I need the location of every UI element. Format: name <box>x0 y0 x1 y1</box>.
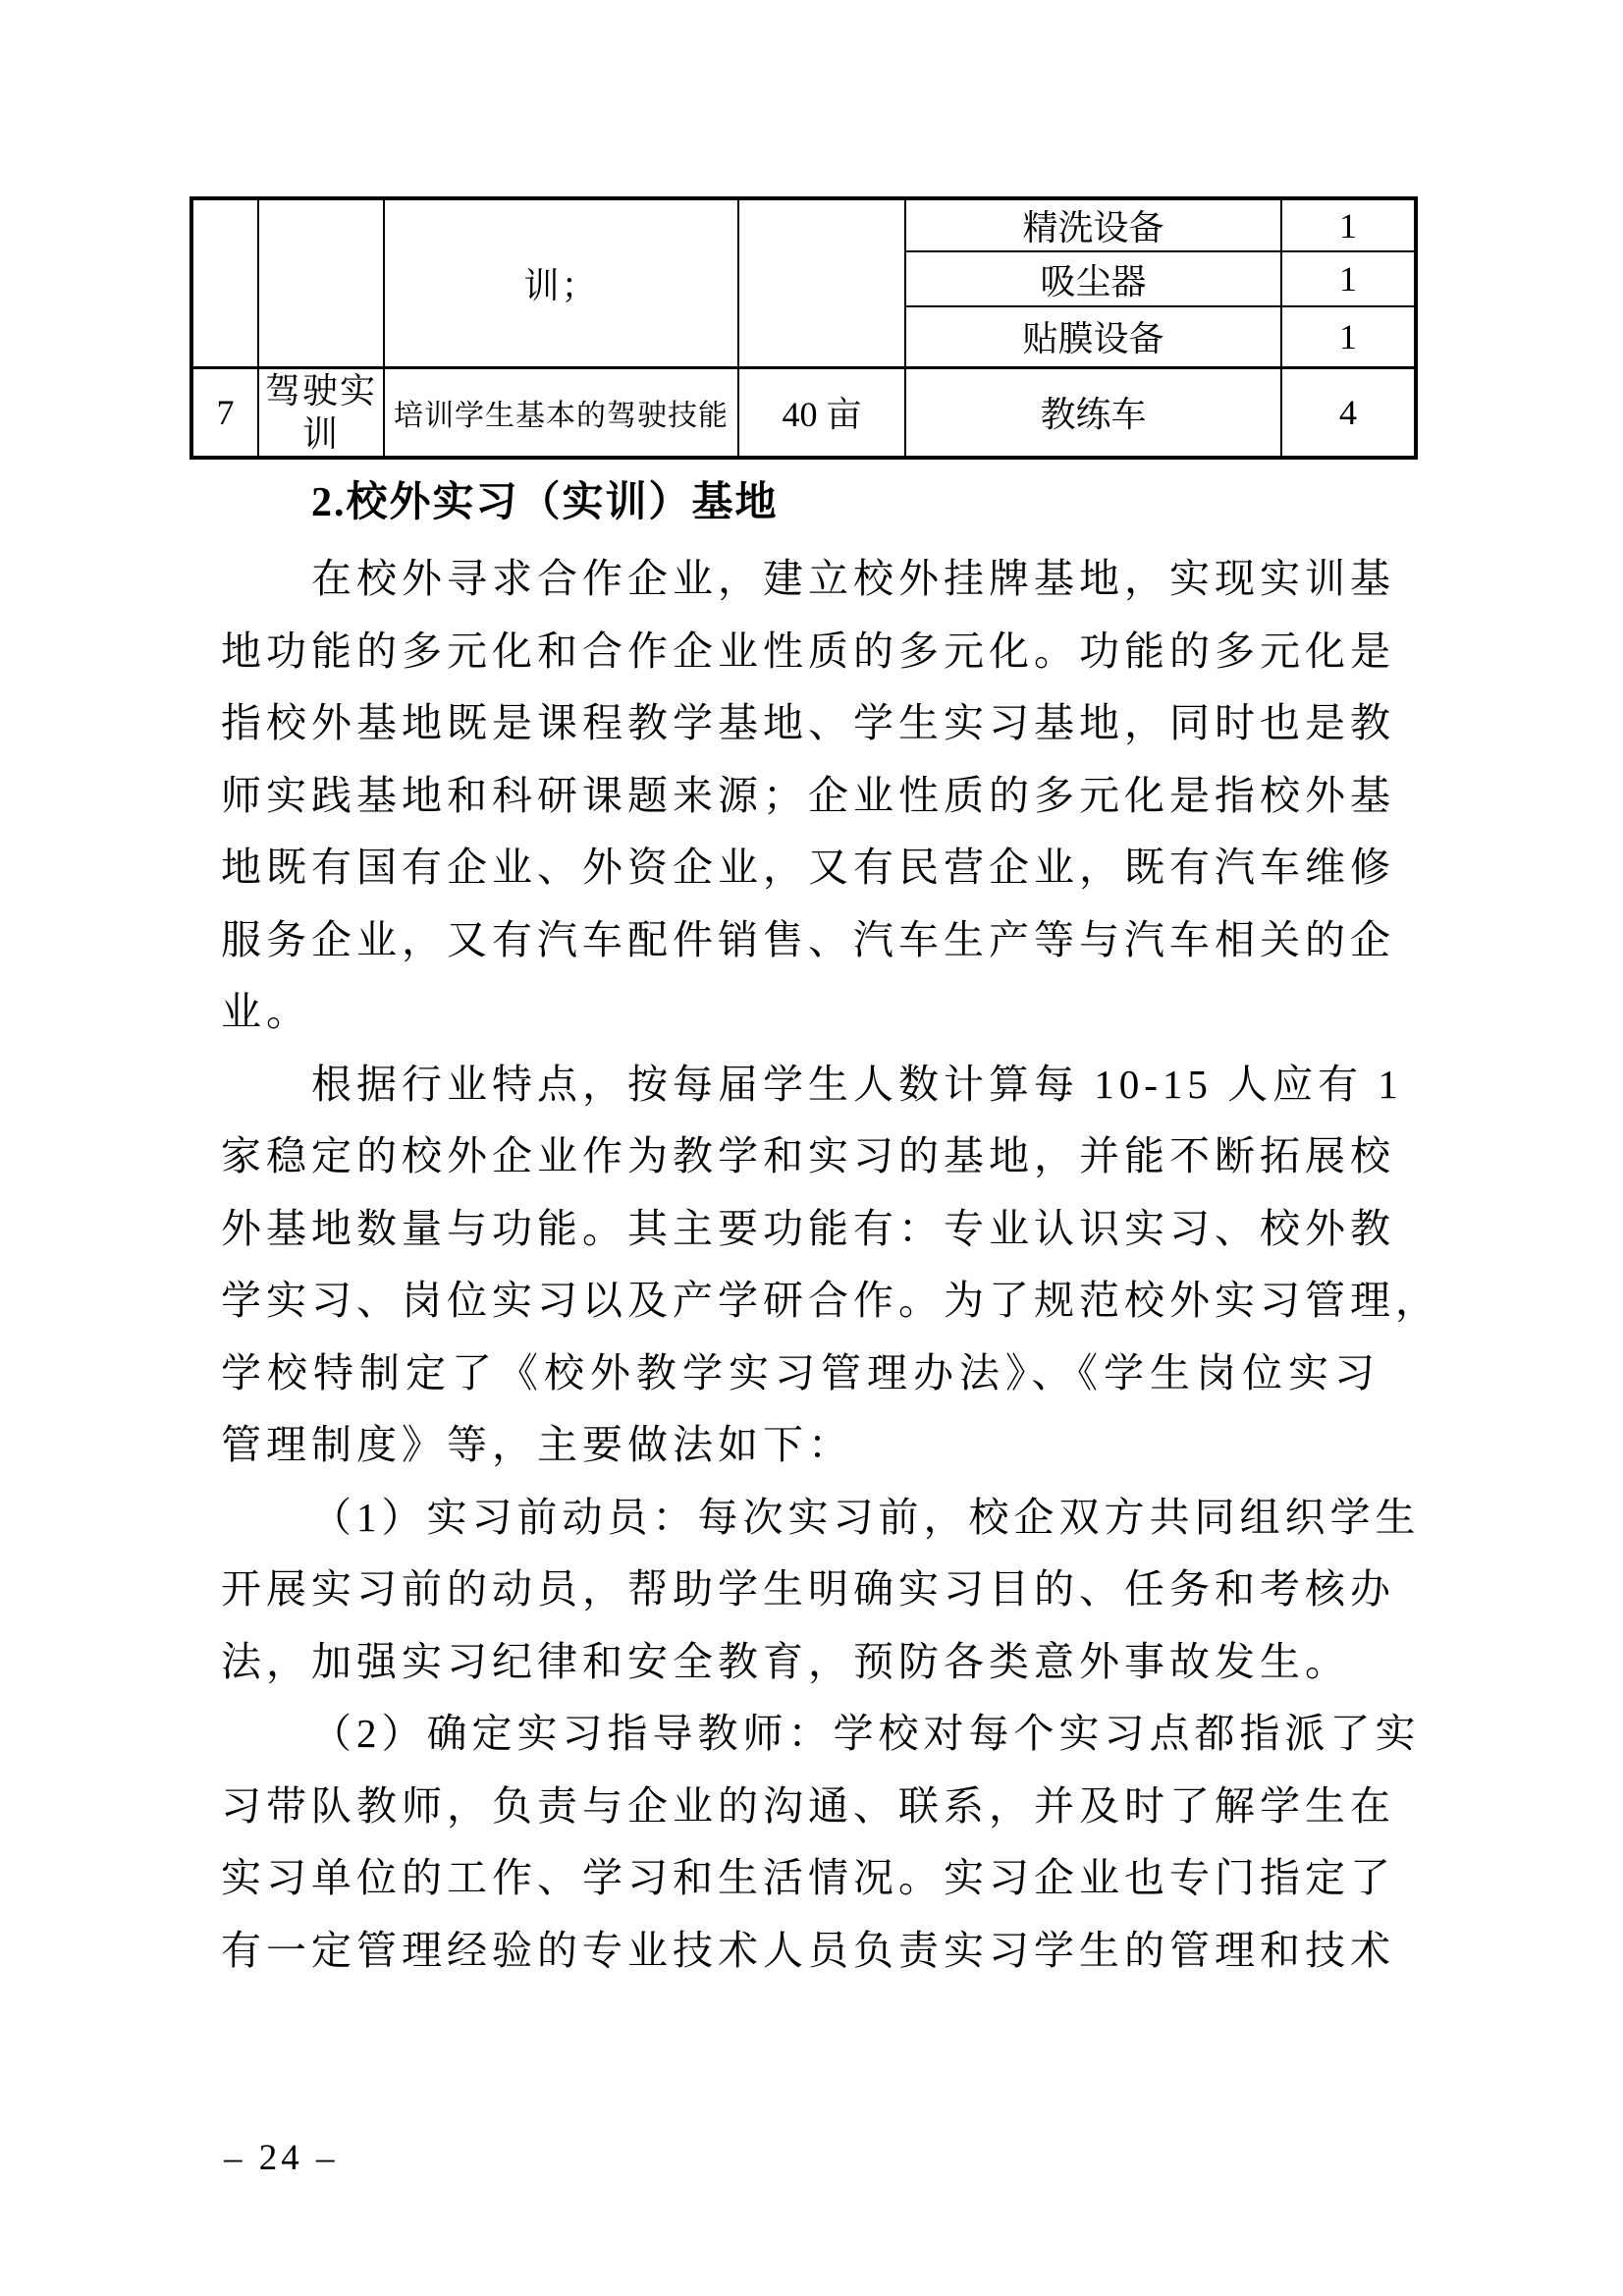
text-line: （1）实习前动员：每次实习前，校企双方共同组织学生 <box>221 1482 1380 1555</box>
text-line: 学校特制定了《校外教学实习管理办法》、《学生岗位实习 <box>221 1338 1380 1410</box>
equipment-name-cell: 贴膜设备 <box>905 306 1281 367</box>
text-line: 家稳定的校外企业作为教学和实习的基地，并能不断拓展校 <box>221 1121 1380 1193</box>
text-line: 法，加强实习纪律和安全教育，预防各类意外事故发生。 <box>221 1626 1380 1699</box>
section-heading: 2.校外实习（实训）基地 <box>221 469 1380 528</box>
equipment-qty-cell: 1 <box>1281 251 1416 306</box>
text-line: 开展实习前的动员，帮助学生明确实习目的、任务和考核办 <box>221 1554 1380 1626</box>
body-text: 在校外寻求合作企业，建立校外挂牌基地，实现实训基 地功能的多元化和合作企业性质的… <box>221 543 1380 1987</box>
text-line: 根据行业特点，按每届学生人数计算每 10-15 人应有 1 <box>221 1049 1380 1121</box>
text-line: （2）确定实习指导教师：学校对每个实习点都指派了实 <box>221 1698 1380 1771</box>
text-line: 地既有国有企业、外资企业，又有民营企业，既有汽车维修 <box>221 832 1380 904</box>
room-name-cell <box>258 198 384 367</box>
table-row: 训； 精洗设备 1 <box>191 198 1416 251</box>
training-facilities-table: 训； 精洗设备 1 吸尘器 1 贴膜设备 1 7 驾驶实训 培训学生基本的驾驶技… <box>189 196 1418 460</box>
function-cell: 培训学生基本的驾驶技能 <box>384 367 738 458</box>
text-line: 外基地数量与功能。其主要功能有：专业认识实习、校外教 <box>221 1193 1380 1266</box>
equipment-name-cell: 精洗设备 <box>905 198 1281 251</box>
function-continuation-cell: 训； <box>384 198 738 367</box>
text-line: 习带队教师，负责与企业的沟通、联系，并及时了解学生在 <box>221 1771 1380 1843</box>
equipment-name-cell: 吸尘器 <box>905 251 1281 306</box>
equipment-qty-cell: 4 <box>1281 367 1416 458</box>
area-cell <box>738 198 905 367</box>
text-line: 地功能的多元化和合作企业性质的多元化。功能的多元化是 <box>221 616 1380 688</box>
equipment-qty-cell: 1 <box>1281 306 1416 367</box>
equipment-qty-cell: 1 <box>1281 198 1416 251</box>
text-line: 师实践基地和科研课题来源；企业性质的多元化是指校外基 <box>221 760 1380 833</box>
text-line: 服务企业，又有汽车配件销售、汽车生产等与汽车相关的企 <box>221 904 1380 977</box>
text-line: 管理制度》等，主要做法如下： <box>221 1409 1380 1482</box>
row-number-cell: 7 <box>191 367 258 458</box>
table-row: 7 驾驶实训 培训学生基本的驾驶技能 40 亩 教练车 4 <box>191 367 1416 458</box>
text-line: 实习单位的工作、学习和生活情况。实习企业也专门指定了 <box>221 1842 1380 1915</box>
text-line: 指校外基地既是课程教学基地、学生实习基地，同时也是教 <box>221 687 1380 760</box>
text-line: 有一定管理经验的专业技术人员负责实习学生的管理和技术 <box>221 1915 1380 1988</box>
room-name-cell: 驾驶实训 <box>258 367 384 458</box>
row-number-cell <box>191 198 258 367</box>
area-cell: 40 亩 <box>738 367 905 458</box>
text-line: 业。 <box>221 976 1380 1049</box>
equipment-name-cell: 教练车 <box>905 367 1281 458</box>
text-line: 学实习、岗位实习以及产学研合作。为了规范校外实习管理， <box>221 1265 1380 1338</box>
page-number: – 24 – <box>224 2137 339 2179</box>
text-line: 在校外寻求合作企业，建立校外挂牌基地，实现实训基 <box>221 543 1380 616</box>
document-page: 训； 精洗设备 1 吸尘器 1 贴膜设备 1 7 驾驶实训 培训学生基本的驾驶技… <box>0 0 1623 2296</box>
